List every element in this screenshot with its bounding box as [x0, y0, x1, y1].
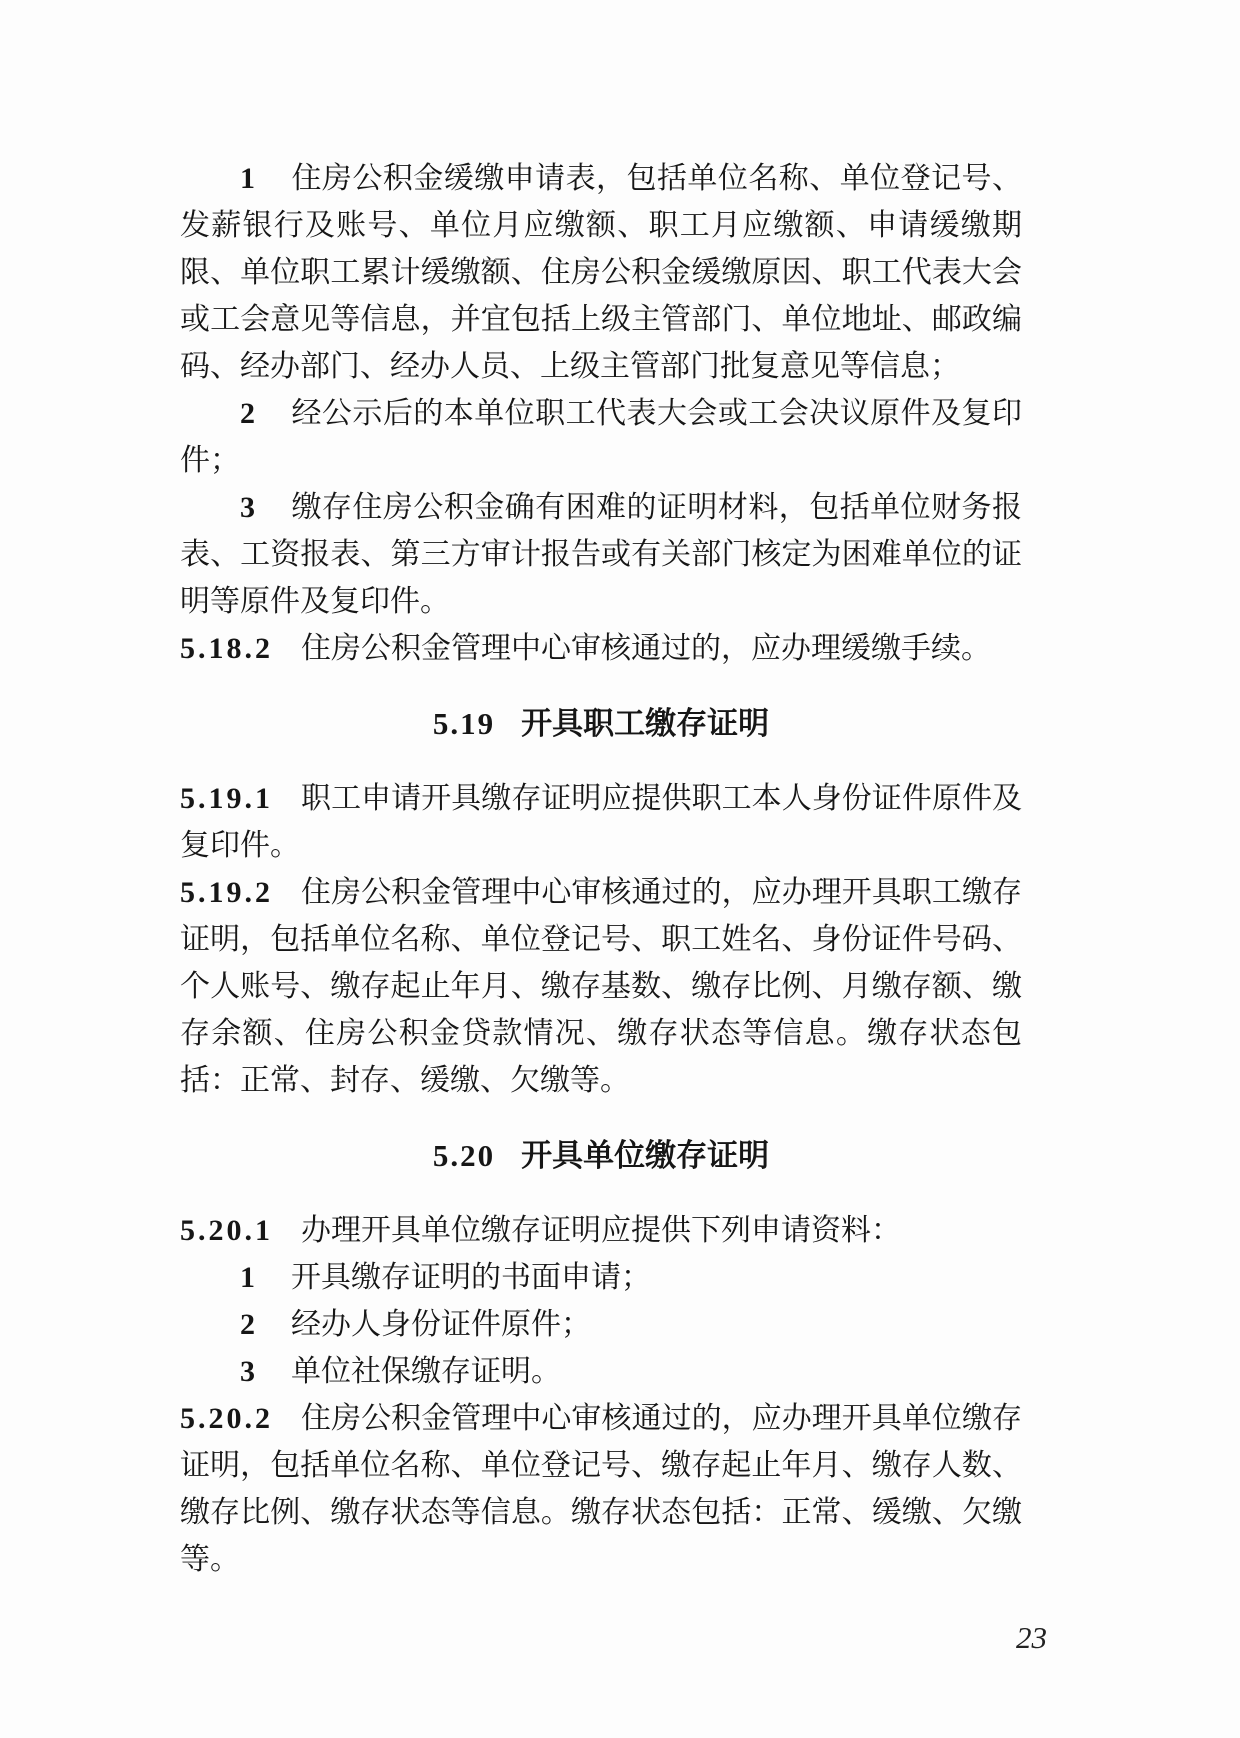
heading-title: 开具单位缴存证明: [521, 1138, 769, 1173]
numbered-item-1: 1开具缴存证明的书面申请；: [180, 1254, 1022, 1301]
clause-5-19-1: 5.19.1职工申请开具缴存证明应提供职工本人身份证件原件及复印件。: [180, 775, 1022, 869]
heading-number: 5.19: [433, 706, 495, 741]
clause-text: 办理开具单位缴存证明应提供下列申请资料：: [301, 1214, 901, 1247]
clause-text: 职工申请开具缴存证明应提供职工本人身份证件原件及复印件。: [180, 782, 1022, 862]
item-number: 3: [240, 1355, 255, 1388]
clause-5-18-2: 5.18.2住房公积金管理中心审核通过的，应办理缓缴手续。: [180, 625, 1022, 672]
numbered-item-3: 3缴存住房公积金确有困难的证明材料，包括单位财务报表、工资报表、第三方审计报告或…: [180, 484, 1022, 625]
item-number: 1: [240, 1261, 255, 1294]
clause-number: 5.20.2: [180, 1402, 273, 1435]
numbered-item-2: 2经办人身份证件原件；: [180, 1301, 1022, 1348]
numbered-item-3: 3单位社保缴存证明。: [180, 1348, 1022, 1395]
item-text: 经办人身份证件原件；: [291, 1308, 591, 1341]
item-text: 缴存住房公积金确有困难的证明材料，包括单位财务报表、工资报表、第三方审计报告或有…: [180, 491, 1022, 618]
clause-number: 5.20.1: [180, 1214, 273, 1247]
heading-title: 开具职工缴存证明: [521, 706, 769, 741]
clause-text: 住房公积金管理中心审核通过的，应办理缓缴手续。: [301, 632, 991, 665]
item-text: 单位社保缴存证明。: [291, 1355, 561, 1388]
clause-number: 5.19.2: [180, 876, 273, 909]
clause-5-19-2: 5.19.2住房公积金管理中心审核通过的，应办理开具职工缴存证明，包括单位名称、…: [180, 869, 1022, 1104]
page-body: 1住房公积金缓缴申请表，包括单位名称、单位登记号、发薪银行及账号、单位月应缴额、…: [180, 155, 1022, 1583]
item-number: 3: [240, 491, 255, 524]
item-text: 经公示后的本单位职工代表大会或工会决议原件及复印件；: [180, 397, 1022, 477]
clause-number: 5.19.1: [180, 782, 273, 815]
numbered-item-2: 2经公示后的本单位职工代表大会或工会决议原件及复印件；: [180, 390, 1022, 484]
clause-5-20-1: 5.20.1办理开具单位缴存证明应提供下列申请资料：: [180, 1207, 1022, 1254]
page-number: 23: [1016, 1620, 1047, 1656]
heading-number: 5.20: [433, 1138, 495, 1173]
section-heading-5-19: 5.19开具职工缴存证明: [180, 700, 1022, 747]
item-number: 1: [240, 162, 255, 195]
clause-number: 5.18.2: [180, 632, 273, 665]
item-text: 住房公积金缓缴申请表，包括单位名称、单位登记号、发薪银行及账号、单位月应缴额、职…: [180, 162, 1022, 383]
clause-text: 住房公积金管理中心审核通过的，应办理开具单位缴存证明，包括单位名称、单位登记号、…: [180, 1402, 1022, 1576]
clause-text: 住房公积金管理中心审核通过的，应办理开具职工缴存证明，包括单位名称、单位登记号、…: [180, 876, 1022, 1097]
document-page: 1住房公积金缓缴申请表，包括单位名称、单位登记号、发薪银行及账号、单位月应缴额、…: [0, 0, 1240, 1738]
item-number: 2: [240, 397, 255, 430]
item-number: 2: [240, 1308, 255, 1341]
section-heading-5-20: 5.20开具单位缴存证明: [180, 1132, 1022, 1179]
clause-5-20-2: 5.20.2住房公积金管理中心审核通过的，应办理开具单位缴存证明，包括单位名称、…: [180, 1395, 1022, 1583]
item-text: 开具缴存证明的书面申请；: [291, 1261, 651, 1294]
numbered-item-1: 1住房公积金缓缴申请表，包括单位名称、单位登记号、发薪银行及账号、单位月应缴额、…: [180, 155, 1022, 390]
